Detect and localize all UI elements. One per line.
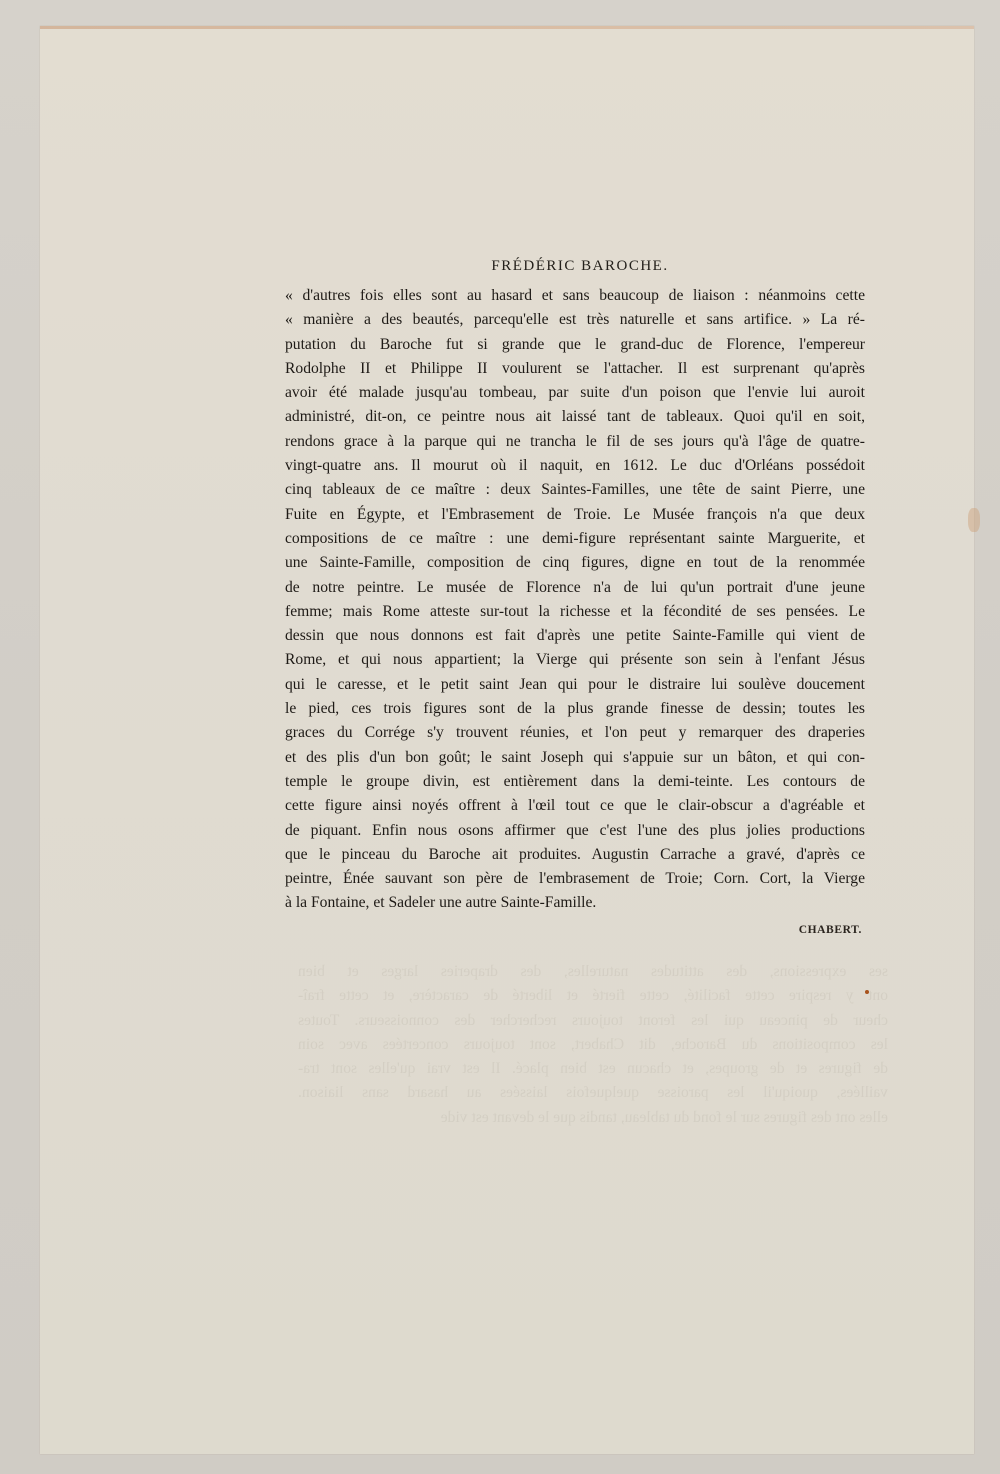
text-line: « manière a des beautés, parcequ'elle es… [285, 308, 865, 332]
text-line: avoir été malade jusqu'au tombeau, par s… [285, 381, 865, 405]
page-title: FRÉDÉRIC BAROCHE. [285, 258, 865, 275]
text-line: Rodolphe II et Philippe II voulurent se … [285, 357, 865, 381]
text-line: dessin que nous donnons est fait d'après… [285, 624, 865, 648]
foxing-spot [865, 990, 869, 994]
text-line: administré, dit-on, ce peintre nous ait … [285, 405, 865, 429]
text-line: femme; mais Rome atteste sur-tout la ric… [285, 600, 865, 624]
text-line: peintre, Énée sauvant son père de l'embr… [285, 867, 865, 891]
ghost-line: de figures et de groupes, et chacun est … [298, 1057, 888, 1081]
body-paragraph: « d'autres fois elles sont au hasard et … [285, 284, 865, 916]
text-line: que le pinceau du Baroche ait produites.… [285, 843, 865, 867]
ghost-line: ses expressions, des attitudes naturelle… [298, 960, 888, 984]
text-line: et des plis d'un bon goût; le saint Jose… [285, 746, 865, 770]
text-line: une Sainte-Famille, composition de cinq … [285, 551, 865, 575]
ghost-line: les compositions du Baroche, dit Chabert… [298, 1033, 888, 1057]
text-line: Rome, et qui nous appartient; la Vierge … [285, 648, 865, 672]
edge-stain [968, 508, 980, 532]
ghost-line: ont y respire cette facilité, cette fier… [298, 984, 888, 1008]
author-signature: CHABERT. [285, 924, 865, 936]
verso-show-through-text: ses expressions, des attitudes naturelle… [298, 960, 888, 1130]
text-line: cinq tableaux de ce maître : deux Sainte… [285, 478, 865, 502]
text-line: de piquant. Enfin nous osons affirmer qu… [285, 819, 865, 843]
text-line: rendons grace à la parque qui ne trancha… [285, 430, 865, 454]
text-line: de notre peintre. Le musée de Florence n… [285, 576, 865, 600]
text-line: « d'autres fois elles sont au hasard et … [285, 284, 865, 308]
text-line: vingt-quatre ans. Il mourut où il naquit… [285, 454, 865, 478]
ghost-line: cheur de pinceau qui les feront toujours… [298, 1009, 888, 1033]
text-line: le pied, ces trois figures sont de la pl… [285, 697, 865, 721]
ghost-line: vaillées, quoiqu'il les paroisse quelque… [298, 1081, 888, 1105]
text-line: graces du Corrége s'y trouvent réunies, … [285, 721, 865, 745]
text-line: temple le groupe divin, est entièrement … [285, 770, 865, 794]
text-line: Fuite en Égypte, et l'Embrasement de Tro… [285, 503, 865, 527]
ghost-line: elles ont des figures sur le fond du tab… [298, 1106, 888, 1130]
text-line: putation du Baroche fut si grande que le… [285, 333, 865, 357]
text-line: qui le caresse, et le petit saint Jean q… [285, 673, 865, 697]
text-line: compositions de ce maître : une demi-fig… [285, 527, 865, 551]
paper-top-edge-stain [40, 26, 974, 29]
text-line: cette figure ainsi noyés offrent à l'œil… [285, 794, 865, 818]
article-text-block: FRÉDÉRIC BAROCHE. « d'autres fois elles … [285, 258, 865, 936]
text-line: à la Fontaine, et Sadeler une autre Sain… [285, 891, 865, 915]
